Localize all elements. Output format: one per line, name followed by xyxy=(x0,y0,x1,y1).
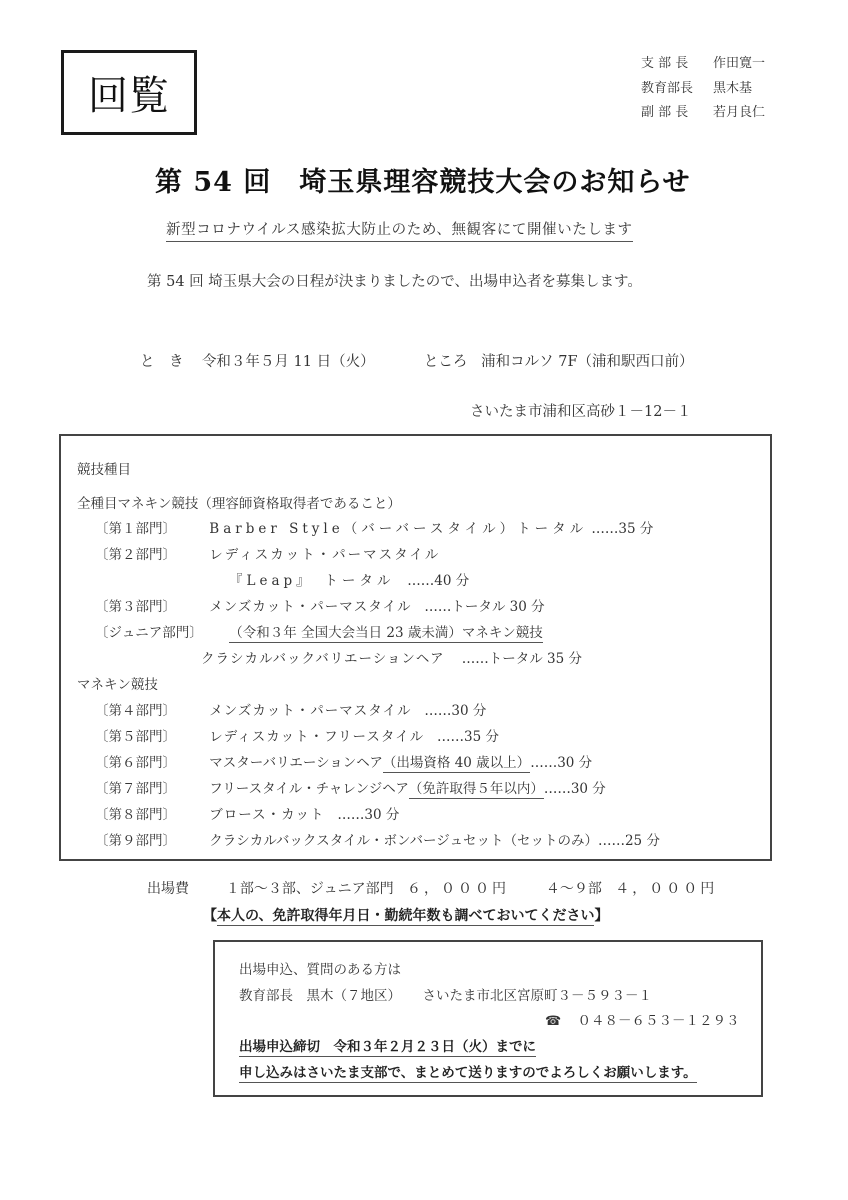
division-label: 〔第５部門〕 xyxy=(95,725,205,745)
officer-role: 支 部 長 xyxy=(641,52,713,77)
division-name: メンズカット・パーマスタイル xyxy=(209,599,411,615)
officer-role: 教育部長 xyxy=(641,77,713,102)
division-condition: （令和３年 全国大会当日 23 歳未満）マネキン競技 xyxy=(229,625,542,643)
phone-icon: ☎ xyxy=(545,1014,561,1029)
division-row: 〔第３部門〕 メンズカット・パーマスタイル ……トータル 30 分 xyxy=(95,595,545,615)
contact-address: さいたま市北区宮原町３－５９３－１ xyxy=(422,988,652,1004)
division-condition: （出場資格 40 歳以上） xyxy=(383,755,530,773)
division-time: ……40 分 xyxy=(407,573,469,589)
venue-address: さいたま市浦和区高砂１－12－１ xyxy=(470,400,691,421)
contact-phone-line: ☎ ０４８－６５３－１２９３ xyxy=(545,1009,740,1029)
contact-heading: 出場申込、質問のある方は xyxy=(239,958,401,978)
reminder-text: 本人の、免許取得年月日・勤続年数も調べておいてください xyxy=(217,908,594,926)
schedule-line: と き 令和３年５月 11 日（火） ところ 浦和コルソ 7F（浦和駅西口前） xyxy=(140,350,694,371)
fee-group2-amount: ４，０００円 xyxy=(615,881,717,897)
fee-group1-amount: ６，０００円 xyxy=(407,881,509,897)
covid-notice: 新型コロナウイルス感染拡大防止のため、無観客にて開催いたします xyxy=(166,218,633,242)
division-row: 〔第２部門〕 レディスカット・パーマスタイル xyxy=(95,543,440,563)
all-mannequin-heading: 全種目マネキン競技（理容師資格取得者であること） xyxy=(77,492,401,512)
division-time: ……トータル 30 分 xyxy=(424,599,544,615)
deadline-line: 出場申込締切 令和３年２月２３日（火）までに xyxy=(239,1035,536,1055)
circulation-stamp: 回覧 xyxy=(61,50,197,135)
division-label: 〔第６部門〕 xyxy=(95,751,205,771)
division-name: マスターバリエーションヘア xyxy=(209,755,383,771)
division-label: 〔第７部門〕 xyxy=(95,777,205,797)
division-row: 〔第６部門〕 マスターバリエーションヘア（出場資格 40 歳以上）……30 分 xyxy=(95,751,592,771)
circulation-stamp-text: 回覧 xyxy=(88,64,170,121)
division-subrow: 『Leap』 トータル ……40 分 xyxy=(229,569,469,589)
division-time: ……35 分 xyxy=(591,521,653,537)
fee-group1: １部～３部、ジュニア部門 xyxy=(226,881,394,897)
division-row: 〔第７部門〕 フリースタイル・チャレンジヘア（免許取得５年以内）……30 分 xyxy=(95,777,606,797)
division-row: 〔第１部門〕 Barber Style（バーバースタイル）トータル ……35 分 xyxy=(95,517,653,537)
officer-row: 教育部長 黒木基 xyxy=(641,77,765,102)
division-time: ……30 分 xyxy=(424,703,486,719)
division-label: 〔第９部門〕 xyxy=(95,829,205,849)
division-time: ……30 分 xyxy=(337,807,399,823)
officer-row: 副 部 長 若月良仁 xyxy=(641,101,765,126)
division-name: クラシカルバックバリエーションヘア xyxy=(201,651,445,667)
division-label: 〔第８部門〕 xyxy=(95,803,205,823)
division-subtitle: 『Leap』 トータル xyxy=(229,573,394,589)
division-time: ……30 分 xyxy=(544,781,606,797)
reminder-note: 【本人の、免許取得年月日・勤続年数も調べておいてください】 xyxy=(203,905,608,925)
intro-text: 第 54 回 埼玉県大会の日程が決まりましたので、出場申込者を募集します。 xyxy=(147,270,642,291)
officer-name: 若月良仁 xyxy=(713,101,765,126)
division-name: フリースタイル・チャレンジヘア xyxy=(209,781,409,797)
division-label: 〔ジュニア部門〕 xyxy=(95,621,225,641)
contact-phone: ０４８－６５３－１２９３ xyxy=(578,1013,740,1029)
division-name: ブロース・カット xyxy=(209,807,324,823)
officer-row: 支 部 長 作田寛一 xyxy=(641,52,765,77)
deadline-text: 出場申込締切 令和３年２月２３日（火）までに xyxy=(239,1039,536,1057)
submission-note: 申し込みはさいたま支部で、まとめて送りますのでよろしくお願いします。 xyxy=(239,1065,697,1083)
entry-fee-line: 出場費 １部～３部、ジュニア部門 ６，０００円 ４～９部 ４，０００円 xyxy=(147,878,717,898)
division-row: 〔ジュニア部門〕 （令和３年 全国大会当日 23 歳未満）マネキン競技 xyxy=(95,621,543,641)
division-label: 〔第４部門〕 xyxy=(95,699,205,719)
contact-box: 出場申込、質問のある方は 教育部長 黒木（７地区） さいたま市北区宮原町３－５９… xyxy=(213,940,763,1097)
division-row: 〔第９部門〕 クラシカルバックスタイル・ボンバージュセット（セットのみ）……25… xyxy=(95,829,660,849)
officers-list: 支 部 長 作田寛一 教育部長 黒木基 副 部 長 若月良仁 xyxy=(641,52,765,126)
division-condition: （免許取得５年以内） xyxy=(409,781,544,799)
mannequin-heading: マネキン競技 xyxy=(77,673,158,693)
division-time: ……トータル 35 分 xyxy=(462,651,582,667)
division-subrow: クラシカルバックバリエーションヘア ……トータル 35 分 xyxy=(201,647,582,667)
events-heading: 競技種目 xyxy=(77,458,131,478)
division-row: 〔第８部門〕 ブロース・カット ……30 分 xyxy=(95,803,399,823)
contact-person: 教育部長 黒木（７地区） xyxy=(239,988,401,1004)
officer-role: 副 部 長 xyxy=(641,101,713,126)
contact-person-line: 教育部長 黒木（７地区） さいたま市北区宮原町３－５９３－１ xyxy=(239,984,652,1004)
when-value: 令和３年５月 11 日（火） xyxy=(202,354,375,370)
division-name: レディスカット・パーマスタイル xyxy=(209,547,440,563)
where-value: 浦和コルソ 7F（浦和駅西口前） xyxy=(481,354,693,370)
when-label: と き xyxy=(140,354,184,370)
division-label: 〔第２部門〕 xyxy=(95,543,205,563)
division-name: クラシカルバックスタイル・ボンバージュセット（セットのみ） xyxy=(209,833,598,849)
bracket-open: 【 xyxy=(203,908,217,924)
officer-name: 黒木基 xyxy=(713,77,752,102)
fee-group2: ４～９部 xyxy=(546,881,602,897)
division-time: ……30 分 xyxy=(530,755,592,771)
division-name: レディスカット・フリースタイル xyxy=(209,729,424,745)
bracket-close: 】 xyxy=(594,908,608,924)
division-label: 〔第３部門〕 xyxy=(95,595,205,615)
division-row: 〔第５部門〕 レディスカット・フリースタイル ……35 分 xyxy=(95,725,499,745)
division-row: 〔第４部門〕 メンズカット・パーマスタイル ……30 分 xyxy=(95,699,486,719)
division-label: 〔第１部門〕 xyxy=(95,517,205,537)
events-box: 競技種目 全種目マネキン競技（理容師資格取得者であること） 〔第１部門〕 Bar… xyxy=(59,434,772,861)
page-title: 第 54 回 埼玉県理容競技大会のお知らせ xyxy=(155,160,691,199)
fee-label: 出場費 xyxy=(147,881,189,897)
division-time: ……35 分 xyxy=(437,729,499,745)
division-name: Barber Style（バーバースタイル）トータル xyxy=(209,521,587,537)
where-label: ところ xyxy=(424,354,468,370)
officer-name: 作田寛一 xyxy=(713,52,765,77)
division-time: ……25 分 xyxy=(598,833,660,849)
division-name: メンズカット・パーマスタイル xyxy=(209,703,411,719)
submission-note-line: 申し込みはさいたま支部で、まとめて送りますのでよろしくお願いします。 xyxy=(239,1061,697,1081)
